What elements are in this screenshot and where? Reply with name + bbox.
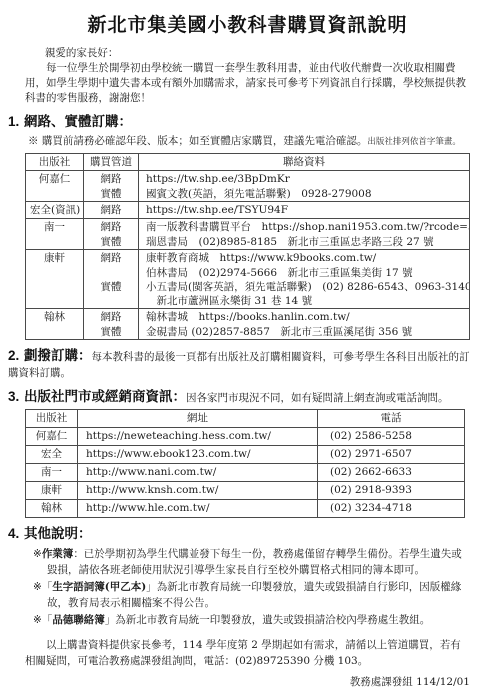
header-publisher: 出版社: [26, 409, 78, 427]
purchase-note-text: ※ 購買前請務必確認年段、版本；如至實體店家購買，建議先電洽確認。: [28, 135, 367, 147]
table-row: 南一 http://www.nani.com.tw/ (02) 2662-663…: [26, 463, 465, 481]
section-1-heading: 1.網路、實體訂購：: [8, 113, 470, 131]
section-2-paragraph: 2.劃撥訂購：每本教科書的最後一頁都有出版社及訂購相關資料，可參考學生各科目出版…: [8, 348, 470, 381]
doc-title: 新北市集美國小教科書購買資訊說明: [25, 14, 470, 38]
contact-cell: 國賓文教(英語，須先電話聯繫) 0928-279008: [139, 186, 470, 202]
note-workbook-title: 作業簿: [42, 548, 74, 560]
note-vocabulary-book: ※「生字語詞簿(甲乙本)」為新北市教育局統一印製發放，遺失或毀損請自行影印，因版…: [33, 579, 470, 612]
phone-cell: (02) 2662-6633: [318, 463, 465, 481]
channel-cell: 實體: [84, 186, 139, 202]
table-row: 實體 伯林書局 (02)2974-5666 新北市三重區集美街 17 號: [26, 265, 470, 280]
section-1-number: 1.: [8, 113, 24, 131]
table-row: 宏全(資訊) 網路 https://tw.shp.ee/TSYU94F: [26, 202, 470, 219]
section-2-title: 劃撥訂購：: [24, 348, 92, 363]
publisher-cell: 宏全(資訊): [26, 202, 84, 219]
contact-cell: 伯林書局 (02)2974-5666 新北市三重區集美街 17 號: [139, 265, 470, 280]
note-workbook-body: ：已於學期初為學生代購並發下每生一份，教務處僅留存轉學生備份。若學生遺失或毀損，…: [47, 548, 462, 577]
contact-cell: 南一版教科書購買平台 https://shop.nani1953.com.tw/…: [139, 219, 470, 235]
channel-cell: 網路: [84, 171, 139, 187]
publisher-cell: 宏全: [26, 445, 78, 463]
order-channel-table: 出版社 購買管道 聯絡資料 何嘉仁 網路 https://tw.shp.ee/3…: [25, 153, 470, 340]
header-url: 網址: [78, 409, 318, 427]
section-3-number: 3.: [8, 389, 24, 405]
contact-cell: 康軒教育商城 https://www.k9books.com.tw/: [139, 250, 470, 266]
section-3-paragraph: 3.出版社門市或經銷商資訊：因各家門市現況不同，如有疑問請上網查詢或電話詢問。: [8, 389, 470, 407]
table-row: 翰林 網路 翰林書城 https://books.hanlin.com.tw/: [26, 309, 470, 325]
table-row: 何嘉仁 網路 https://tw.shp.ee/3BpDmKr: [26, 171, 470, 187]
table-row: 實體 國賓文教(英語，須先電話聯繫) 0928-279008: [26, 186, 470, 202]
channel-cell: 實體: [84, 265, 139, 309]
url-cell: http://www.nani.com.tw/: [78, 463, 318, 481]
url-cell: http://www.knsh.com.tw/: [78, 481, 318, 499]
contact-cell: https://tw.shp.ee/TSYU94F: [139, 202, 470, 219]
section-3-title: 出版社門市或經銷商資訊：: [24, 389, 186, 404]
table-row: 康軒 http://www.knsh.com.tw/ (02) 2918-939…: [26, 481, 465, 499]
table-row: 宏全 https://www.ebook123.com.tw/ (02) 297…: [26, 445, 465, 463]
contact-cell: 翰林書城 https://books.hanlin.com.tw/: [139, 309, 470, 325]
channel-cell: 網路: [84, 309, 139, 325]
phone-cell: (02) 2918-9393: [318, 481, 465, 499]
contact-line: 新北市蘆洲區永樂街 31 巷 14 號: [146, 294, 465, 308]
phone-cell: (02) 2586-5258: [318, 427, 465, 445]
url-cell: https://neweteaching.hess.com.tw/: [78, 427, 318, 445]
header-phone: 電話: [318, 409, 465, 427]
phone-cell: (02) 3234-4718: [318, 499, 465, 517]
channel-cell: 實體: [84, 234, 139, 250]
table-row: 何嘉仁 https://neweteaching.hess.com.tw/ (0…: [26, 427, 465, 445]
purchase-note-small: 出版社排列依首字筆畫。: [367, 137, 461, 147]
contact-line: 小五書局(閩客英語，須先電話聯繫) (02) 8286-6543、0963-31…: [146, 280, 465, 294]
publisher-cell: 何嘉仁: [26, 171, 84, 202]
header-contact: 聯絡資料: [139, 154, 470, 171]
publisher-cell: 南一: [26, 463, 78, 481]
url-cell: http://www.hle.com.tw/: [78, 499, 318, 517]
channel-cell: 網路: [84, 219, 139, 235]
section-3-note: 因各家門市現況不同，如有疑問請上網查詢或電話詢問。: [186, 392, 449, 404]
note-conduct-body: 」為新北市教育局統一印製發放，遺失或毀損請洽校內學務處生教組。: [105, 614, 431, 626]
note-vocabulary-title: 生字語詞簿(甲乙本): [52, 581, 146, 593]
note-workbook: ※作業簿：已於學期初為學生代購並發下每生一份，教務處僅留存轉學生備份。若學生遺失…: [33, 546, 470, 579]
publisher-cell: 南一: [26, 219, 84, 250]
channel-cell: 網路: [84, 250, 139, 266]
contact-cell: 瑞恩書局 (02)8985-8185 新北市三重區忠孝路三段 27 號: [139, 234, 470, 250]
note-conduct-title: 品德聯絡簿: [52, 614, 105, 626]
publisher-cell: 康軒: [26, 250, 84, 309]
channel-cell: 實體: [84, 324, 139, 340]
publisher-cell: 翰林: [26, 309, 84, 340]
publisher-cell: 翰林: [26, 499, 78, 517]
section-2-number: 2.: [8, 348, 24, 364]
url-cell: https://www.ebook123.com.tw/: [78, 445, 318, 463]
contact-cell: https://tw.shp.ee/3BpDmKr: [139, 171, 470, 187]
intro-paragraph: 每一位學生於開學初由學校統一購買一套學生教科用書，並由代收代辦費一次收取相關費用…: [25, 61, 470, 106]
greeting-line: 親愛的家長好：: [25, 46, 470, 61]
table-header-row: 出版社 購買管道 聯絡資料: [26, 154, 470, 171]
asterisk-mark: ※「: [33, 581, 52, 593]
table-row: 實體 瑞恩書局 (02)8985-8185 新北市三重區忠孝路三段 27 號: [26, 234, 470, 250]
channel-cell: 網路: [84, 202, 139, 219]
note-conduct-book: ※「品德聯絡簿」為新北市教育局統一印製發放，遺失或毀損請洽校內學務處生教組。: [33, 612, 470, 629]
section-1-title: 網路、實體訂購：: [24, 114, 132, 129]
publisher-cell: 何嘉仁: [26, 427, 78, 445]
footer-signature: 教務處課發組 114/12/01: [25, 675, 470, 690]
contact-cell: 小五書局(閩客英語，須先電話聯繫) (02) 8286-6543、0963-31…: [139, 280, 470, 309]
section-4-heading: 4.其他說明：: [8, 525, 470, 543]
table-row: 實體 金硯書局 (02)2857-8857 新北市三重區溪尾街 356 號: [26, 324, 470, 340]
header-publisher: 出版社: [26, 154, 84, 171]
document-page: 新北市集美國小教科書購買資訊說明 親愛的家長好： 每一位學生於開學初由學校統一購…: [0, 0, 495, 700]
section-1-note: ※ 購買前請務必確認年段、版本；如至實體店家購買，建議先電洽確認。出版社排列依首…: [28, 134, 470, 150]
table-row: 南一 網路 南一版教科書購買平台 https://shop.nani1953.c…: [26, 219, 470, 235]
contact-cell: 金硯書局 (02)2857-8857 新北市三重區溪尾街 356 號: [139, 324, 470, 340]
table-row: 康軒 網路 康軒教育商城 https://www.k9books.com.tw/: [26, 250, 470, 266]
section-4-title: 其他說明：: [24, 526, 92, 541]
phone-cell: (02) 2971-6507: [318, 445, 465, 463]
header-channel: 購買管道: [84, 154, 139, 171]
asterisk-mark: ※「: [33, 614, 52, 626]
publisher-cell: 康軒: [26, 481, 78, 499]
dealer-table: 出版社 網址 電話 何嘉仁 https://neweteaching.hess.…: [25, 409, 465, 518]
closing-paragraph: 以上購書資料提供家長參考，114 學年度第 2 學期起如有需求，請循以上管道購買…: [25, 638, 470, 669]
section-4-number: 4.: [8, 525, 24, 543]
asterisk-mark: ※: [33, 548, 42, 560]
table-header-row: 出版社 網址 電話: [26, 409, 465, 427]
table-row: 翰林 http://www.hle.com.tw/ (02) 3234-4718: [26, 499, 465, 517]
